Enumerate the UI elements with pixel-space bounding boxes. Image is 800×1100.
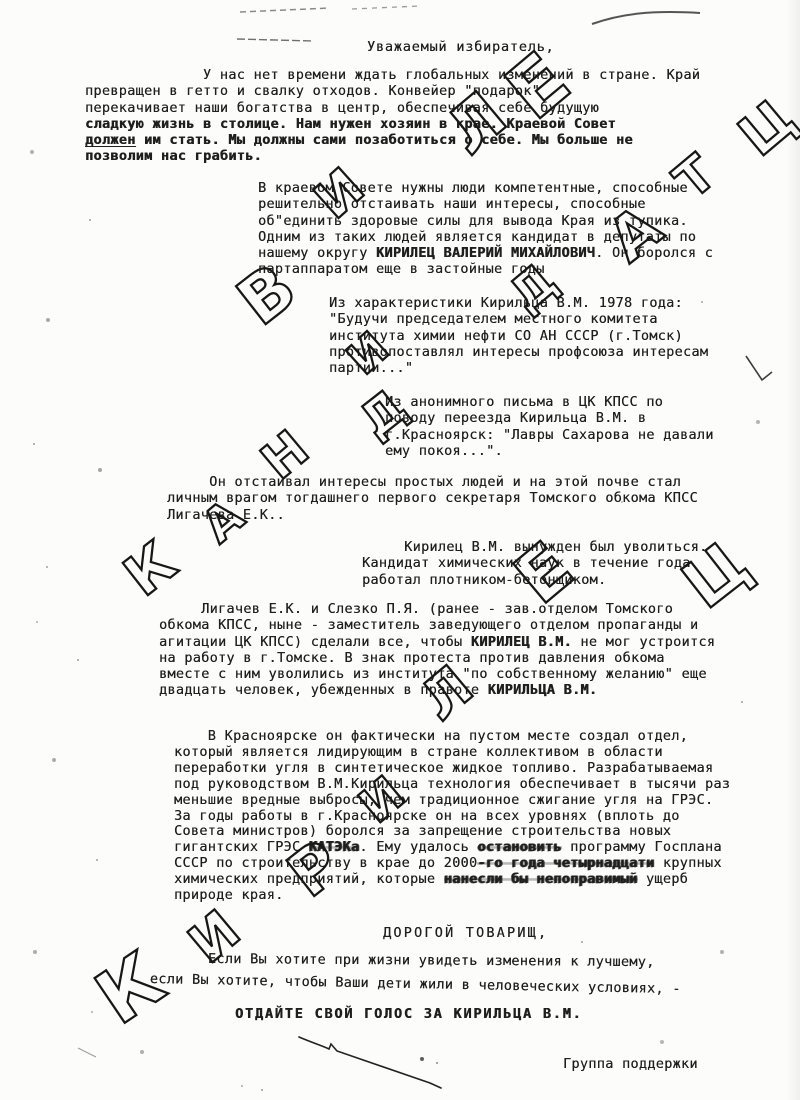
scan-streak <box>352 6 420 9</box>
text-segment: Он отстаивал интересы простых людей и на… <box>167 474 681 490</box>
text-segment: Группа поддержки <box>563 1056 698 1072</box>
text-segment: Совета министров) боролся за запрещение … <box>174 823 671 839</box>
scratch <box>78 1048 96 1057</box>
text-line: гигантских ГРЭС КАТЭКа. Ему удалось оста… <box>174 840 730 856</box>
paragraph-candidate: В краевом Совете нужны люди компетентные… <box>258 180 713 278</box>
text-line: Из анонимного письма в ЦК КПСС по <box>385 394 714 410</box>
text-segment: программу Госплана <box>562 839 722 855</box>
text-line: должен им стать. Мы должны сами позаботи… <box>85 132 700 148</box>
text-segment: . Он боролся с <box>595 245 713 261</box>
text-line: нашему округу КИРИЛЕЦ ВАЛЕРИЙ МИХАЙЛОВИЧ… <box>258 245 713 261</box>
paragraph-enemy: Он отстаивал интересы простых людей и на… <box>167 474 698 523</box>
paragraph-krasnoyarsk: В Красноярске он фактически на пустом ме… <box>174 729 730 904</box>
watermark-letter: К <box>84 941 176 1036</box>
text-line: вместе с ним уволились из института "по … <box>159 666 715 682</box>
text-line: химических предприятий, которые нанесли … <box>174 872 730 888</box>
scan-streak <box>240 8 330 12</box>
text-segment: на работу в г.Томске. В знак протеста пр… <box>159 650 665 666</box>
text-line: ему покоя...". <box>385 443 714 459</box>
photocopy-specks <box>0 0 2 2</box>
text-segment: крупных <box>654 855 721 871</box>
text-line: сладкую жизнь в столице. Нам нужен хозяи… <box>85 116 700 132</box>
text-line: Лигачева Е.К.. <box>167 507 698 523</box>
text-segment: КИРИЛЬЦА В.М. <box>488 682 598 698</box>
text-line: решительно отстаивать наши интересы, спо… <box>258 196 713 212</box>
text-segment: под руководством В.М.Кирильца технология… <box>174 776 730 792</box>
text-line: Лигачев Е.К. и Слезко П.Я. (ранее - зав.… <box>159 601 715 617</box>
text-line: природе края. <box>174 888 730 904</box>
text-line: если Вы хотите, чтобы Ваши дети жили в ч… <box>150 971 681 997</box>
text-line: Совета министров) боролся за запрещение … <box>174 824 730 840</box>
text-line: позволим нас грабить. <box>85 148 700 164</box>
appeal-line-1: Если Вы хотите при жизни увидеть изменен… <box>208 951 655 970</box>
text-segment: КИРИЛЕЦ В.М. <box>471 634 572 650</box>
text-line: Из характеристики Кирильца В.М. 1978 год… <box>329 295 708 311</box>
text-segment: ущерб <box>638 871 689 887</box>
text-segment: СССР по строительству в крае до 2000 <box>174 855 477 871</box>
text-line: За годы работы в г.Красноярске он на все… <box>174 809 730 825</box>
text-segment: г.Красноярск: "Лавры Сахарова не давали <box>385 427 714 443</box>
text-segment: В краевом Совете нужны люди компетентные… <box>258 180 688 196</box>
text-line: Уважаемый избиратель, <box>367 39 554 55</box>
text-segment: . Ему удалось <box>359 839 477 855</box>
text-line: Кандидат химических наук в течение года <box>362 555 708 571</box>
text-segment: За годы работы в г.Красноярске он на все… <box>174 808 680 824</box>
text-segment: если Вы хотите, чтобы Ваши дети жили в ч… <box>150 971 681 997</box>
text-segment: института химии нефти СО АН СССР (г.Томс… <box>329 328 683 344</box>
text-line: Если Вы хотите при жизни увидеть изменен… <box>208 951 655 970</box>
text-segment: обкома КПСС, ныне - заместитель заведующ… <box>159 617 698 633</box>
salutation: Уважаемый избиратель, <box>367 39 554 55</box>
text-segment: У нас нет времени ждать глобальных измен… <box>85 67 700 83</box>
text-segment: гигантских ГРЭС <box>174 839 309 855</box>
text-segment: Кирилец В.М. вынужден был уволиться. <box>362 539 708 555</box>
text-segment: нашему округу <box>258 245 376 261</box>
text-line: меньшие вредные выбросы, чем традиционно… <box>174 793 730 809</box>
ink-mark <box>746 356 772 380</box>
text-segment: химических предприятий, которые <box>174 871 444 887</box>
text-segment: вместе с ним уволились из института "по … <box>159 666 707 682</box>
text-line: института химии нефти СО АН СССР (г.Томс… <box>329 328 708 344</box>
text-line: партии..." <box>329 360 708 376</box>
watermark-letter: Ц <box>730 90 800 166</box>
text-line: противопоставлял интересы профсоюза инте… <box>329 344 708 360</box>
text-segment: Лигачева Е.К.. <box>167 507 285 523</box>
text-line: ДОРОГОЙ ТОВАРИЩ, <box>383 925 548 941</box>
paragraph-ligachev: Лигачев Е.К. и Слезко П.Я. (ранее - зав.… <box>159 601 715 699</box>
text-segment: должен <box>85 132 136 148</box>
text-segment: Лигачев Е.К. и Слезко П.Я. (ранее - зав.… <box>159 601 673 617</box>
text-line: агитации ЦК КПСС) сделали все, чтобы КИР… <box>159 634 715 650</box>
scan-squiggle <box>592 12 700 24</box>
paragraph-intro: У нас нет времени ждать глобальных измен… <box>85 67 700 165</box>
text-segment: работал плотником-бетонщиком. <box>362 572 606 588</box>
text-segment: перекачивает наши богатства в центр, обе… <box>85 100 599 116</box>
text-segment: не мог устроится <box>572 634 715 650</box>
text-segment: противопоставлял интересы профсоюза инте… <box>329 344 708 360</box>
text-line: который является лидирующим в стране кол… <box>174 745 730 761</box>
text-segment: превращен в гетто и свалку отходов. Конв… <box>85 83 540 99</box>
watermark-letter: К <box>116 534 187 606</box>
text-segment: Кандидат химических наук в течение года <box>362 555 691 571</box>
address-comrade: ДОРОГОЙ ТОВАРИЩ, <box>383 925 548 941</box>
scan-streak <box>237 39 313 41</box>
signature: Группа поддержки <box>563 1056 698 1072</box>
text-line: переработки угля в синтетическое жидкое … <box>174 761 730 777</box>
text-segment: Из характеристики Кирильца В.М. 1978 год… <box>329 295 683 311</box>
text-segment: В Красноярске он фактически на пустом ме… <box>174 728 688 744</box>
text-line: г.Красноярск: "Лавры Сахарова не давали <box>385 427 714 443</box>
excerpt-dismissal: Кирилец В.М. вынужден был уволиться.Канд… <box>362 539 708 588</box>
text-line: об"единить здоровые силы для вывода Края… <box>258 213 713 229</box>
pen-stroke <box>299 1037 441 1088</box>
text-line: под руководством В.М.Кирильца технология… <box>174 777 730 793</box>
text-segment: об"единить здоровые силы для вывода Края… <box>258 213 688 229</box>
text-line: поводу переезда Кирильца В.М. в <box>385 410 714 426</box>
slogan-vote: ОТДАЙТЕ СВОЙ ГОЛОС ЗА КИРИЛЬЦА В.М. <box>235 1006 582 1022</box>
text-segment: поводу переезда Кирильца В.М. в <box>385 410 646 426</box>
text-segment: сладкую жизнь в столице. Нам нужен хозяи… <box>85 116 616 132</box>
text-segment: нанесли бы непоправимый <box>444 871 638 887</box>
text-segment: "Будучи председателем местного комитета <box>329 311 658 327</box>
text-segment: ДОРОГОЙ ТОВАРИЩ, <box>383 925 548 941</box>
text-segment: решительно отстаивать наши интересы, спо… <box>258 196 646 212</box>
text-segment: позволим нас грабить. <box>85 148 262 164</box>
text-segment: агитации ЦК КПСС) сделали все, чтобы <box>159 634 471 650</box>
text-line: Одним из таких людей является кандидат в… <box>258 229 713 245</box>
text-line: двадцать человек, убежденных в правоте К… <box>159 682 715 698</box>
text-segment: переработки угля в синтетическое жидкое … <box>174 760 713 776</box>
text-segment: КАТЭКа <box>309 839 360 855</box>
text-segment: который является лидирующим в стране кол… <box>174 744 663 760</box>
quote-anonymous-letter: Из анонимного письма в ЦК КПСС поповоду … <box>385 394 714 459</box>
text-line: СССР по строительству в крае до 2000-го … <box>174 856 730 872</box>
scanned-leaflet-page: { "page": {"background": "#fcfcfa", "ink… <box>0 0 800 1100</box>
text-segment: партии..." <box>329 360 413 376</box>
text-line: на работу в г.Томске. В знак протеста пр… <box>159 650 715 666</box>
text-line: Он отстаивал интересы простых людей и на… <box>167 474 698 490</box>
text-segment: Из анонимного письма в ЦК КПСС по <box>385 394 663 410</box>
text-line: обкома КПСС, ныне - заместитель заведующ… <box>159 617 715 633</box>
text-segment: меньшие вредные выбросы, чем традиционно… <box>174 792 713 808</box>
text-segment: партаппаратом еще в застойные годы <box>258 261 545 277</box>
text-line: превращен в гетто и свалку отходов. Конв… <box>85 83 700 99</box>
text-segment: остановить <box>477 839 561 855</box>
text-line: ОТДАЙТЕ СВОЙ ГОЛОС ЗА КИРИЛЬЦА В.М. <box>235 1006 582 1022</box>
text-line: У нас нет времени ждать глобальных измен… <box>85 67 700 83</box>
text-segment: природе края. <box>174 887 284 903</box>
text-line: партаппаратом еще в застойные годы <box>258 261 713 277</box>
text-segment: ему покоя...". <box>385 443 503 459</box>
text-line: личным врагом тогдашнего первого секрета… <box>167 490 698 506</box>
text-segment: ОТДАЙТЕ СВОЙ ГОЛОС ЗА КИРИЛЬЦА В.М. <box>235 1006 582 1022</box>
text-line: работал плотником-бетонщиком. <box>362 572 708 588</box>
text-line: перекачивает наши богатства в центр, обе… <box>85 100 700 116</box>
text-segment: КИРИЛЕЦ ВАЛЕРИЙ МИХАЙЛОВИЧ <box>376 245 595 261</box>
text-line: В Красноярске он фактически на пустом ме… <box>174 729 730 745</box>
text-segment: личным врагом тогдашнего первого секрета… <box>167 490 698 506</box>
text-segment: им стать. Мы должны сами позаботиться о … <box>136 132 633 148</box>
appeal-line-2: если Вы хотите, чтобы Ваши дети жили в ч… <box>150 971 681 997</box>
quote-characteristic: Из характеристики Кирильца В.М. 1978 год… <box>329 295 708 376</box>
text-line: "Будучи председателем местного комитета <box>329 311 708 327</box>
text-line: Группа поддержки <box>563 1056 698 1072</box>
text-line: Кирилец В.М. вынужден был уволиться. <box>362 539 708 555</box>
text-segment: Уважаемый избиратель, <box>367 39 554 55</box>
text-segment: Если Вы хотите при жизни увидеть изменен… <box>208 951 655 970</box>
text-segment: Одним из таких людей является кандидат в… <box>258 229 696 245</box>
text-segment: -го года четырнадцати <box>477 855 654 871</box>
text-line: В краевом Совете нужны люди компетентные… <box>258 180 713 196</box>
text-segment: двадцать человек, убежденных в правоте <box>159 682 488 698</box>
